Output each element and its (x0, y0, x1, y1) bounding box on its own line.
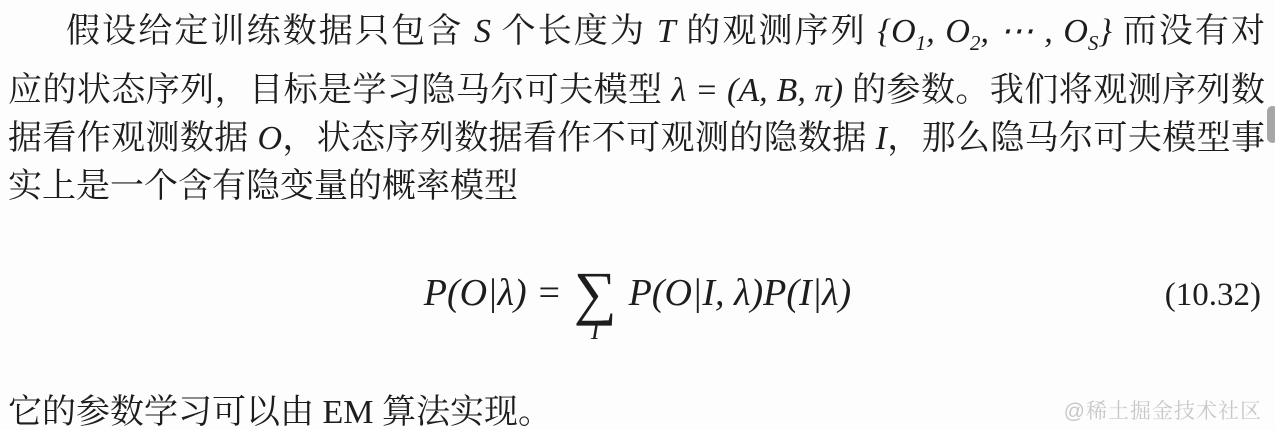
text-run: 而没有对 (1112, 13, 1265, 50)
math-run: , O (926, 13, 970, 50)
text-run: 个长度为 (491, 13, 657, 50)
text-line-1: 假设给定训练数据只包含 S 个长度为 T 的观测序列 {O1, O2, ⋯ , … (8, 8, 1265, 67)
sigma-symbol: ∑ (574, 265, 617, 322)
document-page: 假设给定训练数据只包含 S 个长度为 T 的观测序列 {O1, O2, ⋯ , … (0, 0, 1275, 430)
equation-block: P(O|λ) =∑IP(O|I, λ)P(I|λ) (10.32) (0, 249, 1275, 355)
text-run: 假设给定训练数据只包含 (66, 13, 474, 50)
math-run: } (1098, 13, 1112, 50)
text-run: 据看作观测数据 (8, 120, 257, 157)
text-run: 实上是一个含有隐变量的概率模型 (8, 168, 518, 205)
math-lambda-model: λ = (A, B, π) (671, 72, 843, 109)
math-subscript: S (1088, 31, 1099, 55)
text-run: 应的状态序列，目标是学习隐马尔可夫模型 (8, 72, 671, 109)
text-line-3: 据看作观测数据 O，状态序列数据看作不可观测的隐数据 I，那么隐马尔可夫模型事 (8, 115, 1265, 163)
watermark-text: @稀土掘金技术社区 (1064, 401, 1262, 422)
math-subscript: 2 (970, 31, 981, 55)
text-run: 的观测序列 (676, 13, 878, 50)
equation-formula: P(O|λ) =∑IP(O|I, λ)P(I|λ) (424, 249, 851, 322)
text-run: 的参数。我们将观测序列数 (843, 72, 1265, 109)
text-run: 它的参数学习可以由 EM 算法实现。 (8, 394, 552, 430)
math-run: {O (878, 13, 916, 50)
math-subscript: 1 (916, 31, 927, 55)
math-var-T: T (657, 13, 676, 50)
paragraph-main: 假设给定训练数据只包含 S 个长度为 T 的观测序列 {O1, O2, ⋯ , … (0, 0, 1275, 211)
equation-lhs: P(O|λ) = (424, 274, 562, 312)
math-var-S: S (474, 13, 491, 50)
math-run: , ⋯ , O (980, 13, 1087, 50)
summation-index: I (591, 318, 600, 344)
summation-operator: ∑I (574, 265, 617, 322)
text-line-2: 应的状态序列，目标是学习隐马尔可夫模型 λ = (A, B, π) 的参数。我们… (8, 67, 1265, 115)
scrollbar-thumb[interactable] (1267, 106, 1275, 143)
text-run: ，状态序列数据看作不可观测的隐数据 (282, 120, 876, 157)
equation-rhs: P(O|I, λ)P(I|λ) (629, 274, 852, 312)
text-run: ，那么隐马尔可夫模型事 (887, 120, 1265, 157)
equation-number: (10.32) (1165, 279, 1261, 312)
math-var-O: O (257, 120, 282, 157)
text-line-4: 实上是一个含有隐变量的概率模型 (8, 163, 1265, 211)
math-var-I: I (876, 120, 887, 157)
